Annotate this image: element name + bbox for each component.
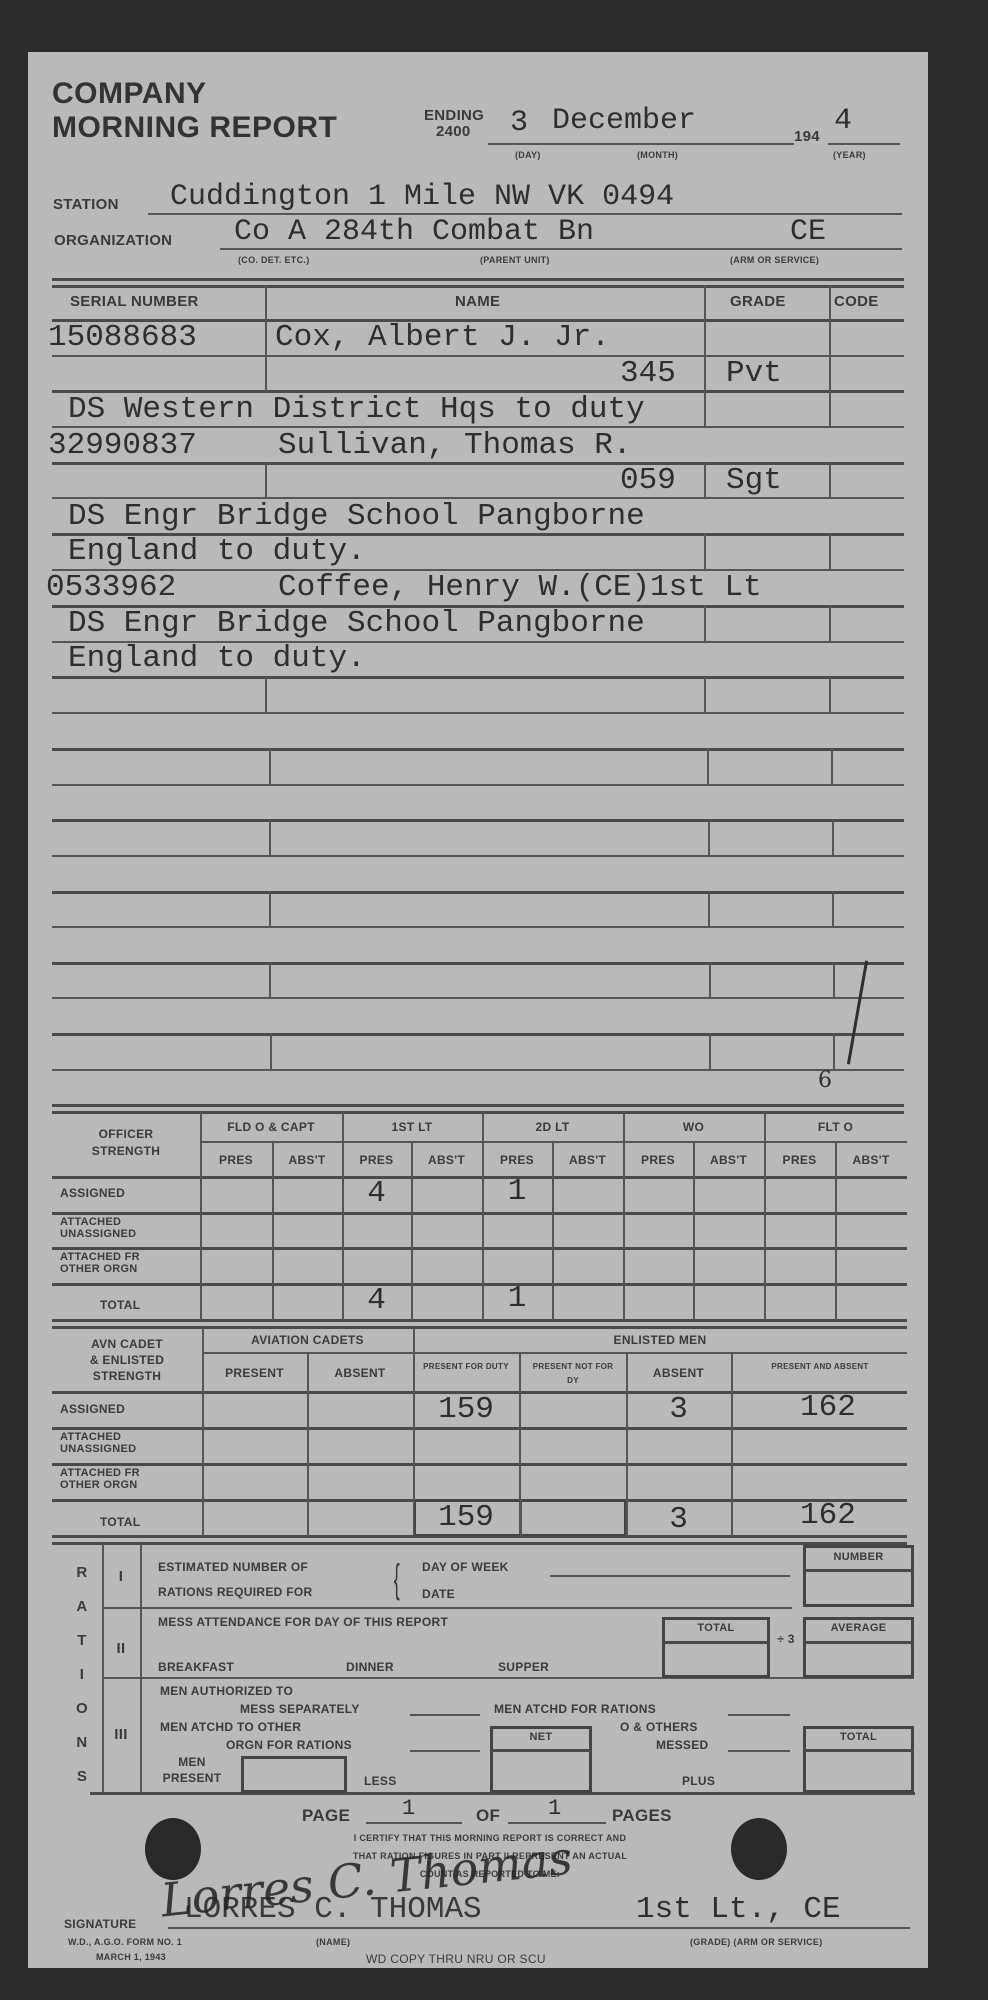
orgn-for-rations-field[interactable] — [410, 1750, 480, 1752]
group-enlisted-men: ENLISTED MEN — [413, 1333, 907, 1347]
station-label: STATION — [53, 196, 119, 213]
col-divider — [269, 748, 271, 784]
signature-label: SIGNATURE — [64, 1917, 136, 1931]
col-present-not-for-dy: PRESENT NOT FOR DY — [526, 1360, 620, 1388]
row-line — [52, 1069, 904, 1071]
breakfast-label: BREAKFAST — [158, 1660, 234, 1674]
signature-line — [168, 1927, 910, 1929]
rations-letter: R — [76, 1564, 87, 1581]
entry-remark: England to duty. — [68, 641, 366, 676]
form-title-line1: COMPANY — [52, 78, 207, 110]
row-line — [52, 1326, 907, 1329]
entry-remark: England to duty. — [68, 534, 366, 569]
col-divider — [269, 891, 271, 927]
col-divider — [269, 962, 271, 998]
group-1st-lt: 1ST LT — [342, 1120, 482, 1134]
enlisted-assigned-present-and-absent: 162 — [800, 1390, 856, 1425]
sub-abst: ABS'T — [411, 1153, 482, 1167]
total-pages: 1 — [548, 1796, 561, 1821]
col-divider — [704, 677, 706, 713]
organization-unit: Co A 284th Combat Bn — [234, 215, 594, 249]
rations-letter: I — [80, 1666, 84, 1683]
row-line — [52, 1212, 907, 1215]
row-label-total: TOTAL — [100, 1515, 140, 1529]
sub-abst: ABS'T — [552, 1153, 623, 1167]
part-i-text-line2: RATIONS REQUIRED FOR — [158, 1585, 312, 1599]
row-line — [52, 962, 904, 965]
col-divider — [708, 891, 710, 927]
row-label-attached-fr-other-orgn: ATTACHED FR OTHER ORGN — [60, 1467, 160, 1491]
col-divider — [829, 463, 831, 498]
entry-serial: 0533962 — [46, 570, 176, 605]
col-code: CODE — [834, 293, 879, 310]
col-present-and-absent: PRESENT AND ABSENT — [760, 1360, 880, 1374]
col-divider — [835, 1142, 837, 1320]
divider — [52, 285, 904, 288]
col-divider — [829, 534, 831, 570]
officer-total-2d-lt-pres: 1 — [482, 1281, 552, 1316]
row-line — [52, 1427, 907, 1430]
col-divider — [552, 1142, 554, 1320]
enlisted-title-line3: STRENGTH — [93, 1369, 161, 1383]
sub-pres: PRES — [764, 1153, 835, 1167]
box-divider — [662, 1641, 770, 1644]
col-divider — [265, 677, 267, 713]
col-divider — [832, 891, 834, 927]
col-divider — [731, 1353, 733, 1536]
col-divider — [265, 356, 267, 391]
box-divider — [803, 1641, 914, 1644]
col-divider — [764, 1112, 766, 1320]
enlisted-assigned-absent: 3 — [626, 1392, 731, 1427]
messed-field[interactable] — [728, 1750, 790, 1752]
ending-time: 2400 — [436, 124, 471, 139]
rations-letter: N — [76, 1734, 87, 1751]
less-label: LESS — [364, 1774, 397, 1788]
arm-sublabel: (ARM OR SERVICE) — [730, 255, 819, 265]
officer-assigned-1st-lt-pres: 4 — [342, 1176, 411, 1211]
row-label-assigned: ASSIGNED — [60, 1186, 125, 1200]
brace-icon: { — [394, 1554, 400, 1604]
men-atchd-for-rations-field[interactable] — [728, 1714, 790, 1716]
name-sublabel: (NAME) — [316, 1937, 350, 1947]
sub-pres: PRES — [482, 1153, 552, 1167]
mess-separately-field[interactable] — [410, 1714, 480, 1716]
col-divider — [833, 962, 835, 998]
row-line — [52, 1176, 907, 1179]
men-present-label: MENPRESENT — [150, 1754, 234, 1786]
col-divider — [200, 1112, 202, 1320]
men-authorized-line1: MEN AUTHORIZED TO — [160, 1684, 293, 1698]
form-date: MARCH 1, 1943 — [96, 1952, 166, 1962]
entry-remark: DS Engr Bridge School Pangborne — [68, 499, 645, 534]
row-line — [52, 819, 904, 822]
mess-total-label: TOTAL — [662, 1622, 770, 1634]
entry-name: Cox, Albert J. Jr. — [275, 320, 610, 355]
month-sublabel: (MONTH) — [637, 150, 678, 160]
report-month: December — [552, 104, 696, 138]
entry-code-number: 059 — [620, 463, 676, 498]
pages-label: PAGES — [612, 1806, 672, 1826]
col-name: NAME — [455, 293, 500, 310]
o-others-line2: MESSED — [656, 1738, 708, 1752]
day-of-week-label: DAY OF WEEK — [422, 1560, 509, 1574]
col-divider — [829, 677, 831, 713]
col-enlisted-absent: ABSENT — [626, 1366, 731, 1380]
year-prefix: 194 — [794, 128, 820, 145]
enlisted-assigned-present-for-duty: 159 — [413, 1392, 519, 1427]
officer-strength-title-line2: STRENGTH — [92, 1144, 160, 1158]
row-line — [102, 1677, 914, 1679]
station-value: Cuddington 1 Mile NW VK 0494 — [170, 180, 674, 214]
plus-label: PLUS — [682, 1774, 715, 1788]
col-present-for-duty: PRESENT FOR DUTY — [420, 1360, 512, 1374]
row-line — [52, 1247, 907, 1250]
box-divider — [490, 1749, 592, 1752]
men-authorized-line2: MESS SEPARATELY — [240, 1702, 360, 1716]
row-line — [52, 676, 904, 679]
row-line — [52, 997, 904, 999]
rations-total-label: TOTAL — [803, 1731, 914, 1743]
rations-letter: T — [77, 1632, 86, 1649]
rations-letter: S — [77, 1768, 87, 1785]
row-line — [52, 1033, 904, 1036]
supper-label: SUPPER — [498, 1660, 549, 1674]
part-iii-numeral: III — [102, 1726, 140, 1743]
group-aviation-cadets: AVIATION CADETS — [202, 1333, 413, 1347]
year-sublabel: (YEAR) — [833, 150, 866, 160]
group-flt-o: FLT O — [764, 1120, 907, 1134]
col-divider — [704, 534, 706, 570]
enlisted-title-line2: & ENLISTED — [90, 1353, 164, 1367]
entry-name: Sullivan, Thomas R. — [278, 428, 631, 463]
col-divider — [829, 606, 831, 641]
men-present-line1: MEN — [178, 1755, 206, 1769]
page-label: PAGE — [302, 1806, 350, 1826]
entry-remark: DS Western District Hqs to duty — [68, 392, 645, 427]
row-line — [52, 926, 904, 928]
row-line — [52, 1104, 904, 1107]
men-atchd-other-line1: MEN ATCHD TO OTHER — [160, 1720, 301, 1734]
enlisted-total-absent: 3 — [626, 1502, 731, 1537]
entry-serial: 32990837 — [48, 428, 197, 463]
col-divider — [265, 463, 267, 498]
organization-label: ORGANIZATION — [54, 232, 172, 249]
page-number: 1 — [402, 1796, 415, 1821]
row-line — [102, 1607, 792, 1609]
sub-abst: ABS'T — [835, 1153, 907, 1167]
rations-letter: O — [76, 1700, 88, 1717]
parent-unit-sublabel: (PARENT UNIT) — [480, 255, 550, 265]
day-sublabel: (DAY) — [515, 150, 541, 160]
box-divider — [803, 1749, 914, 1752]
group-wo: WO — [623, 1120, 764, 1134]
col-divider — [520, 1500, 522, 1536]
col-divider — [411, 1142, 413, 1320]
grade-sublabel: (GRADE) (ARM OR SERVICE) — [690, 1937, 823, 1947]
rations-letter: A — [76, 1598, 87, 1615]
signer-grade: 1st Lt., CE — [636, 1892, 841, 1927]
ending-label: ENDING — [424, 108, 484, 123]
row-line — [52, 784, 904, 786]
row-line — [52, 1542, 907, 1545]
col-divider — [272, 1142, 274, 1320]
box-divider — [803, 1569, 914, 1572]
row-line — [52, 855, 904, 857]
dinner-label: DINNER — [346, 1660, 394, 1674]
col-serial-number: SERIAL NUMBER — [70, 293, 199, 310]
row-label-attached-unassigned: ATTACHED UNASSIGNED — [60, 1431, 160, 1455]
form-title-line2: MORNING REPORT — [52, 112, 337, 144]
col-divider — [623, 1112, 625, 1320]
enlisted-strength-title: AVN CADET& ENLISTEDSTRENGTH — [52, 1336, 202, 1384]
co-sublabel: (CO. DET. ETC.) — [238, 255, 310, 265]
row-line — [52, 1319, 907, 1322]
col-divider — [704, 285, 706, 356]
part-i-numeral: I — [102, 1568, 140, 1585]
entry-grade: Pvt — [726, 356, 782, 391]
row-label-attached-fr-other-orgn: ATTACHED FR OTHER ORGN — [60, 1251, 160, 1275]
organization-underline — [220, 248, 902, 250]
sub-pres: PRES — [623, 1153, 693, 1167]
col-divider — [829, 285, 831, 356]
divide-by-three-label: ÷ 3 — [774, 1630, 798, 1648]
number-label: NUMBER — [803, 1551, 914, 1563]
report-day: 3 — [510, 106, 528, 140]
col-divider — [709, 1033, 711, 1069]
row-line — [52, 1463, 907, 1466]
net-label: NET — [490, 1731, 592, 1743]
year-underline — [828, 143, 900, 145]
rations-side-label: R A T I O N S — [64, 1556, 100, 1794]
pencil-mark-digit: 6 — [818, 1068, 832, 1093]
entry-code-number: 345 — [620, 356, 676, 391]
enlisted-title-line1: AVN CADET — [91, 1337, 163, 1351]
entry-name: Coffee, Henry W.(CE)1st Lt — [278, 570, 762, 605]
col-grade: GRADE — [730, 293, 786, 310]
group-fld-o-capt: FLD O & CAPT — [200, 1120, 342, 1134]
officer-strength-title: OFFICERSTRENGTH — [52, 1126, 200, 1160]
enlisted-total-present-and-absent: 162 — [800, 1498, 856, 1533]
col-divider — [831, 748, 833, 784]
row-label-assigned: ASSIGNED — [60, 1402, 125, 1416]
officer-strength-title-line1: OFFICER — [99, 1127, 154, 1141]
punch-hole — [731, 1818, 787, 1880]
page-field-line — [366, 1822, 462, 1824]
divider — [52, 278, 904, 281]
men-present-box[interactable] — [241, 1756, 347, 1793]
row-line — [52, 748, 904, 751]
o-others-line1: O & OTHERS — [620, 1720, 698, 1734]
copy-note: WD COPY THRU NRU OR SCU — [366, 1952, 546, 1966]
sub-abst: ABS'T — [693, 1153, 764, 1167]
row-label-total: TOTAL — [100, 1298, 140, 1312]
row-line — [52, 891, 904, 894]
part-ii-numeral: II — [102, 1640, 140, 1657]
sub-pres: PRES — [200, 1153, 272, 1167]
row-line — [52, 712, 904, 714]
report-year-digit: 4 — [834, 104, 852, 138]
col-divider — [709, 962, 711, 998]
average-label: AVERAGE — [803, 1622, 914, 1634]
enlisted-total-present-for-duty: 159 — [413, 1500, 519, 1535]
col-divider — [270, 1033, 272, 1069]
col-divider — [307, 1353, 309, 1536]
col-divider — [704, 356, 706, 391]
col-divider — [829, 356, 831, 391]
part-ii-title: MESS ATTENDANCE FOR DAY OF THIS REPORT — [158, 1615, 448, 1629]
row-line — [52, 1283, 907, 1286]
day-of-week-field[interactable] — [550, 1575, 790, 1577]
col-divider — [832, 820, 834, 855]
col-divider — [708, 820, 710, 855]
col-divider — [202, 1327, 204, 1536]
men-atchd-other-line2: ORGN FOR RATIONS — [226, 1738, 352, 1752]
entry-serial: 15088683 — [48, 320, 197, 355]
entry-remark: DS Engr Bridge School Pangborne — [68, 606, 645, 641]
sub-pres: PRES — [342, 1153, 411, 1167]
col-divider — [265, 285, 267, 356]
col-divider — [693, 1142, 695, 1320]
row-label-attached-unassigned: ATTACHED UNASSIGNED — [60, 1216, 160, 1240]
date-label: DATE — [422, 1587, 455, 1601]
part-i-text-line1: ESTIMATED NUMBER OF — [158, 1560, 308, 1574]
col-divider — [269, 820, 271, 855]
of-label: OF — [476, 1806, 500, 1826]
organization-arm: CE — [790, 215, 826, 249]
men-atchd-for-rations-label: MEN ATCHD FOR RATIONS — [494, 1702, 656, 1716]
col-divider — [704, 463, 706, 498]
col-divider — [833, 1033, 835, 1069]
col-divider — [140, 1543, 142, 1793]
col-divider — [704, 391, 706, 427]
pages-field-line — [508, 1822, 606, 1824]
men-present-line2: PRESENT — [163, 1771, 222, 1785]
col-divider — [704, 606, 706, 641]
col-cadets-absent: ABSENT — [307, 1366, 413, 1380]
group-2d-lt: 2D LT — [482, 1120, 623, 1134]
col-divider — [707, 748, 709, 784]
row-line — [52, 1111, 904, 1114]
officer-assigned-2d-lt-pres: 1 — [482, 1174, 552, 1209]
entry-grade: Sgt — [726, 463, 782, 498]
col-divider — [829, 391, 831, 427]
col-cadets-present: PRESENT — [202, 1366, 307, 1380]
officer-total-1st-lt-pres: 4 — [342, 1283, 411, 1318]
date-underline — [488, 143, 794, 145]
sub-abst: ABS'T — [272, 1153, 342, 1167]
form-number: W.D., A.G.O. FORM NO. 1 — [68, 1937, 182, 1947]
